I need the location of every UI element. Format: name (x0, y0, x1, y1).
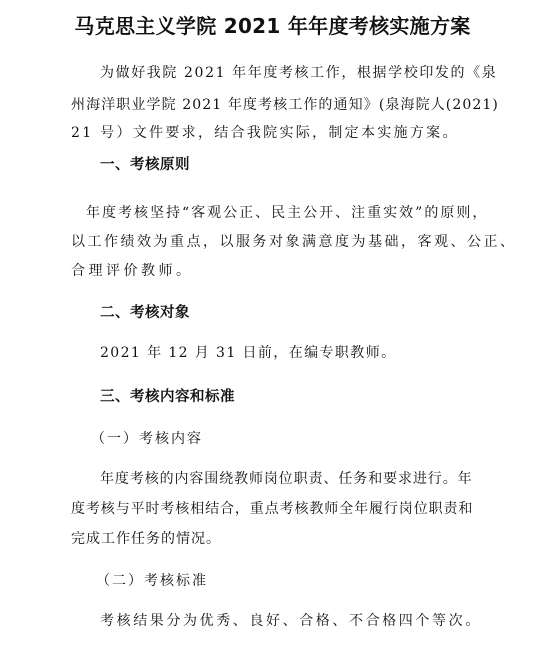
document-title: 马克思主义学院 2021 年年度考核实施方案 (0, 12, 545, 40)
paragraph-line: 为做好我院 2021 年年度考核工作，根据学校印发的《泉 (100, 63, 497, 83)
paragraph-line: 以工作绩效为重点，以服务对象满意度为基础，客观、公正、 (71, 232, 517, 252)
section-heading: 三、考核内容和标准 (100, 387, 235, 407)
paragraph-line: 2021 年 12 月 31 日前，在编专职教师。 (100, 343, 397, 363)
paragraph-line: 21 号）文件要求，结合我院实际，制定本实施方案。 (71, 123, 459, 143)
section-heading: 一、考核原则 (100, 155, 190, 175)
paragraph-line: 年度考核坚持“客观公正、民主公开、注重实效”的原则， (86, 203, 488, 223)
paragraph-line: 年度考核的内容围绕教师岗位职责、任务和要求进行。年 (100, 469, 473, 489)
paragraph-line: 州海洋职业学院 2021 年度考核工作的通知》(泉海院人(2021) (71, 95, 499, 115)
paragraph-line: 度考核与平时考核相结合，重点考核教师全年履行岗位职责和 (71, 499, 473, 519)
subsection-heading: （二）考核标准 (96, 571, 208, 591)
paragraph-line: 完成工作任务的情况。 (71, 529, 221, 549)
section-heading: 二、考核对象 (100, 303, 190, 323)
subsection-heading: （一）考核内容 (91, 429, 203, 449)
paragraph-line: 合理评价教师。 (71, 261, 194, 281)
paragraph-line: 考核结果分为优秀、良好、合格、不合格四个等次。 (100, 611, 482, 631)
